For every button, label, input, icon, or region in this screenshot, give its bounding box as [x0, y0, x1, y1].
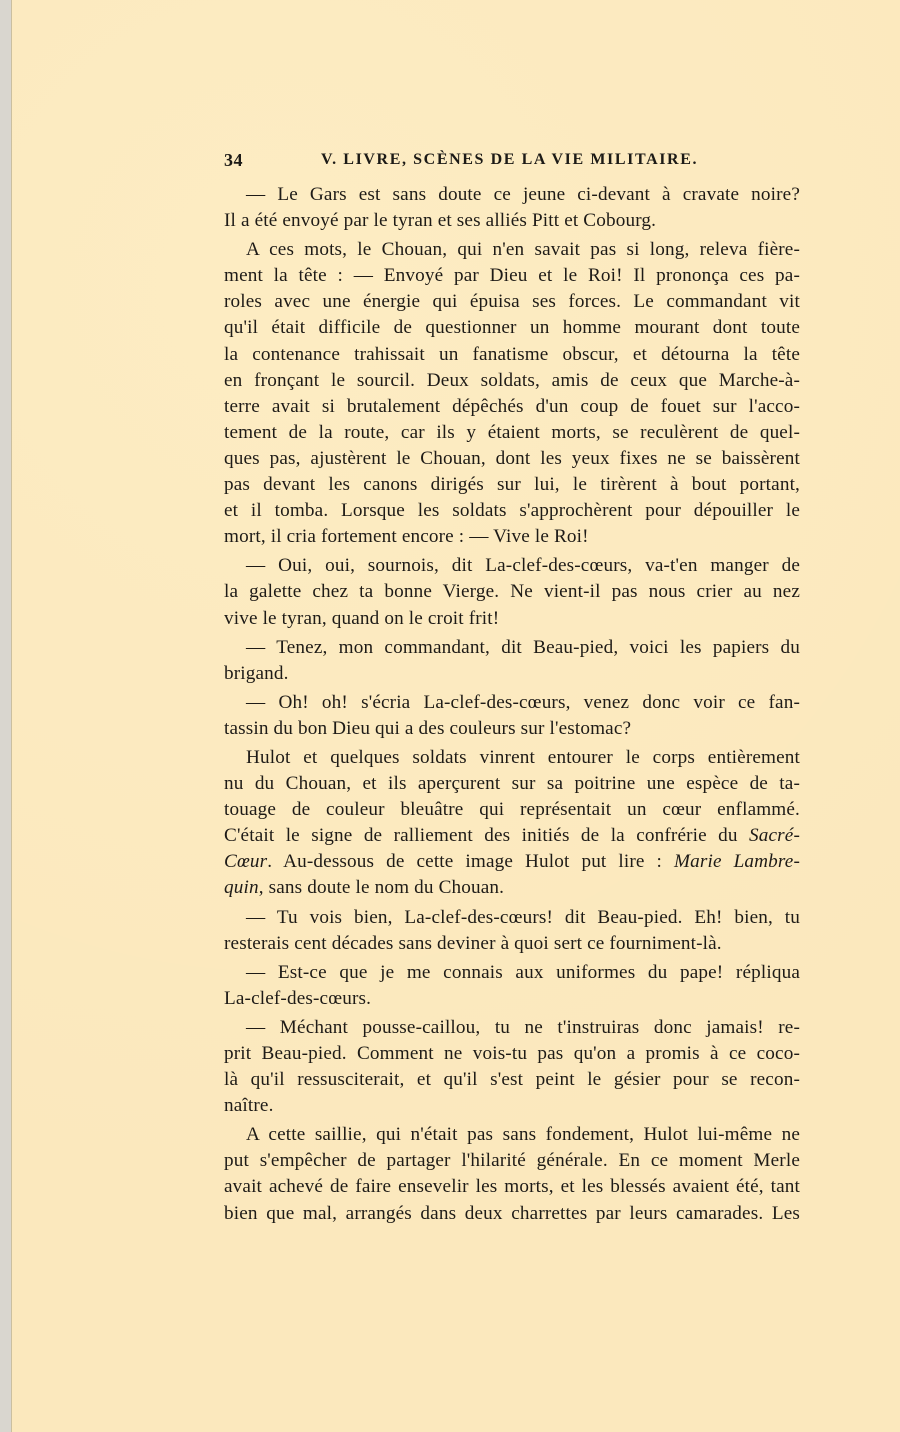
text-line: A ces mots, le Chouan, qui n'en savait p…: [224, 237, 800, 263]
book-page: 34 V. LIVRE, SCÈNES DE LA VIE MILITAIRE.…: [11, 0, 900, 1432]
text-line: mort, il cria fortement encore : — Vive …: [224, 524, 800, 550]
paragraph: Hulot et quelques soldats vinrent entour…: [224, 745, 800, 902]
text-line: C'était le signe de ralliement des initi…: [224, 823, 800, 849]
text-line: A cette saillie, qui n'était pas sans fo…: [224, 1122, 800, 1148]
italic-term: Marie Lambre-: [674, 851, 800, 872]
paragraph: — Est-ce que je me connais aux uniformes…: [224, 960, 800, 1012]
italic-term: quin: [224, 877, 259, 898]
text-line: pas devant les canons dirigés sur lui, l…: [224, 472, 800, 498]
running-title: V. LIVRE, SCÈNES DE LA VIE MILITAIRE.: [321, 151, 698, 169]
text-line: — Tenez, mon commandant, dit Beau-pied, …: [224, 635, 800, 661]
text-line: tement de la route, car ils y étaient mo…: [224, 420, 800, 446]
text-line: nu du Chouan, et ils aperçurent sur sa p…: [224, 771, 800, 797]
text-line: brigand.: [224, 661, 800, 687]
text-line: La-clef-des-cœurs.: [224, 986, 800, 1012]
paragraph: — Le Gars est sans doute ce jeune ci-dev…: [224, 182, 800, 234]
paragraph: A ces mots, le Chouan, qui n'en savait p…: [224, 237, 800, 550]
text-line: ment la tête : — Envoyé par Dieu et le R…: [224, 263, 800, 289]
paragraph: — Méchant pousse-caillou, tu ne t'instru…: [224, 1015, 800, 1119]
text-line: resterais cent décades sans deviner à qu…: [224, 931, 800, 957]
text-fragment: . Au-dessous de cette image Hulot put li…: [267, 851, 674, 872]
text-line: la galette chez ta bonne Vierge. Ne vien…: [224, 579, 800, 605]
text-line: bien que mal, arrangés dans deux charret…: [224, 1201, 800, 1227]
text-line: — Méchant pousse-caillou, tu ne t'instru…: [224, 1015, 800, 1041]
text-line: Cœur. Au-dessous de cette image Hulot pu…: [224, 849, 800, 875]
text-line: Il a été envoyé par le tyran et ses alli…: [224, 208, 800, 234]
text-line: quin, sans doute le nom du Chouan.: [224, 875, 800, 901]
paragraph: — Oui, oui, sournois, dit La-clef-des-cœ…: [224, 553, 800, 631]
text-line: — Oh! oh! s'écria La-clef-des-cœurs, ven…: [224, 690, 800, 716]
paragraph: — Oh! oh! s'écria La-clef-des-cœurs, ven…: [224, 690, 800, 742]
text-line: — Oui, oui, sournois, dit La-clef-des-cœ…: [224, 553, 800, 579]
text-line: — Est-ce que je me connais aux uniformes…: [224, 960, 800, 986]
text-fragment: C'était le signe de ralliement des initi…: [224, 825, 749, 846]
text-line: et il tomba. Lorsque les soldats s'appro…: [224, 498, 800, 524]
text-line: — Le Gars est sans doute ce jeune ci-dev…: [224, 182, 800, 208]
body-text: — Le Gars est sans doute ce jeune ci-dev…: [224, 182, 800, 1227]
text-line: en fronçant le sourcil. Deux soldats, am…: [224, 368, 800, 394]
text-line: ques pas, ajustèrent le Chouan, dont les…: [224, 446, 800, 472]
text-line: touage de couleur bleuâtre qui représent…: [224, 797, 800, 823]
page-header: 34 V. LIVRE, SCÈNES DE LA VIE MILITAIRE.: [224, 150, 804, 176]
text-line: tassin du bon Dieu qui a des couleurs su…: [224, 716, 800, 742]
text-line: roles avec une énergie qui épuisa ses fo…: [224, 289, 800, 315]
paragraph: A cette saillie, qui n'était pas sans fo…: [224, 1122, 800, 1226]
text-line: put s'empêcher de partager l'hilarité gé…: [224, 1148, 800, 1174]
text-line: qu'il était difficile de questionner un …: [224, 315, 800, 341]
italic-term: Sacré-: [749, 825, 800, 846]
italic-term: Cœur: [224, 851, 267, 872]
text-line: avait achevé de faire ensevelir les mort…: [224, 1174, 800, 1200]
text-line: — Tu vois bien, La-clef-des-cœurs! dit B…: [224, 905, 800, 931]
paragraph: — Tenez, mon commandant, dit Beau-pied, …: [224, 635, 800, 687]
text-line: la contenance trahissait un fanatisme ob…: [224, 342, 800, 368]
text-line: naître.: [224, 1093, 800, 1119]
page-number: 34: [224, 150, 243, 171]
text-line: là qu'il ressusciterait, et qu'il s'est …: [224, 1067, 800, 1093]
text-line: terre avait si brutalement dépêchés d'un…: [224, 394, 800, 420]
text-line: vive le tyran, quand on le croit frit!: [224, 606, 800, 632]
text-line: Hulot et quelques soldats vinrent entour…: [224, 745, 800, 771]
paragraph: — Tu vois bien, La-clef-des-cœurs! dit B…: [224, 905, 800, 957]
text-fragment: , sans doute le nom du Chouan.: [259, 877, 504, 898]
text-line: prit Beau-pied. Comment ne vois-tu pas q…: [224, 1041, 800, 1067]
